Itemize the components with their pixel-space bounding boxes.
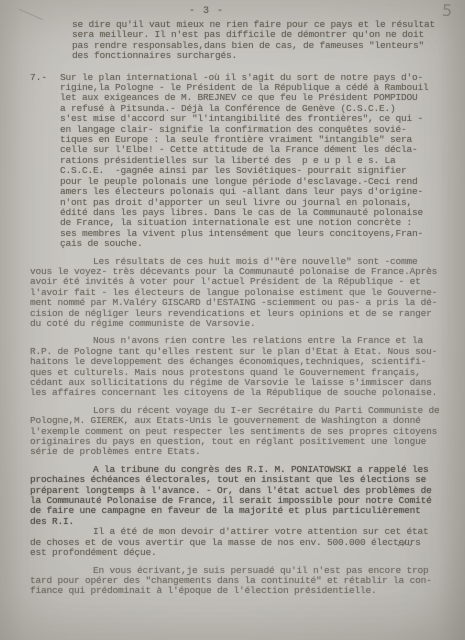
typed-page-number: - 3 - (189, 6, 224, 17)
item-7-number: 7.- (30, 73, 60, 83)
paragraph-item-7: Sur le plan international -où il s'agit … (60, 73, 429, 250)
paragraph-en-vous-ecrivant: En vous écrivant,je suis persuadé qu'il … (30, 566, 457, 597)
paragraph-devoir-electeurs: Il a été de mon devoir d'attirer votre a… (30, 527, 457, 558)
document-page: - 3 - 5 se dire qu'il vaut mieux ne rien… (0, 0, 465, 640)
continuation-mark: ./. (396, 538, 413, 549)
page-header: - 3 - (0, 6, 413, 17)
letter-body: se dire qu'il vaut mieux ne rien faire p… (30, 20, 457, 604)
handwritten-page-number: 5 (441, 1, 452, 21)
paragraph-voyage-gierek: Lors du récent voyage du I-er Secrétaire… (30, 406, 457, 458)
paragraph-les-resultats: Les résultats de ces huit mois d'"ère no… (30, 257, 457, 330)
paragraph-intro-continuation: se dire qu'il vaut mieux ne rien faire p… (72, 20, 457, 62)
paragraph-nous-n-avons: Nous n'avons rien contre les relations e… (30, 336, 457, 398)
paragraph-tribune-poniatowski: A la tribune du congrès des R.I. M. PONI… (30, 465, 457, 527)
numbered-item-7: 7.- Sur le plan international -où il s'a… (30, 73, 457, 250)
